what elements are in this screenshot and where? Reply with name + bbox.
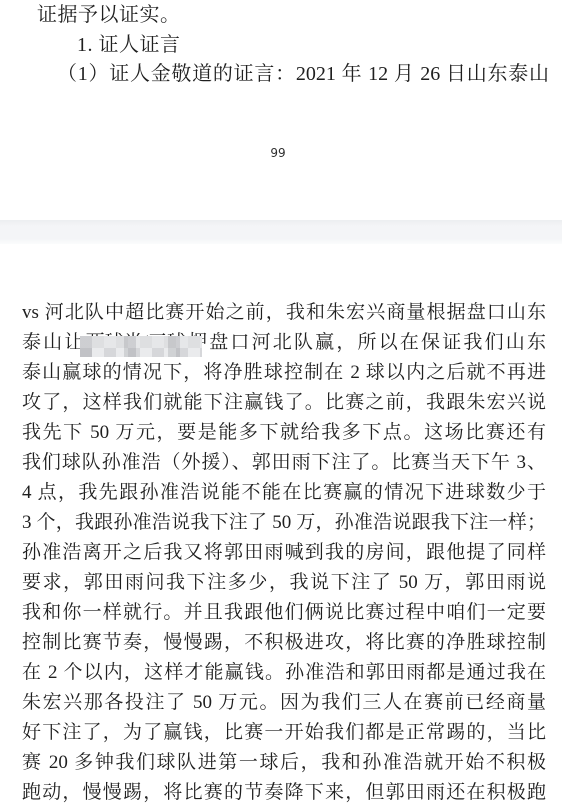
- page-separator: [0, 220, 562, 244]
- body-text-line: 我们球队孙准浩（外援）、郭田雨下注了。比赛当天下午 3、: [22, 448, 546, 478]
- body-text-line: 我和你一样就行。并且我跟他们俩说比赛过程中咱们一定要: [22, 598, 546, 628]
- body-text-line: 3 个，我跟孙准浩说我下注了 50 万，孙准浩说跟我下注一样；: [22, 508, 546, 538]
- body-text-line: 要求，郭田雨问我下注多少，我说下注了 50 万，郭田雨说: [22, 568, 546, 598]
- body-text-line: 孙准浩离开之后我又将郭田雨喊到我的房间，跟他提了同样: [22, 538, 546, 568]
- redacted-segment: 两球半/三球: [86, 328, 186, 358]
- body-text-line: 4 点，我先跟孙准浩说能不能在比赛赢的情况下进球数少于: [22, 478, 546, 508]
- body-text-line-redacted: 泰山让两球半/三球押盘口河北队赢，所以在保证我们山东: [22, 328, 546, 358]
- redacted-line-prefix: 泰山让: [22, 332, 86, 353]
- body-text-line: 在 2 个以内，这样才能赢钱。孙准浩和郭田雨都是通过我在: [22, 658, 546, 688]
- body-text-line: 好下注了，为了赢钱，比赛一开始我们都是正常踢的，当比: [22, 718, 546, 748]
- document-scan-view: 证据予以证实。 1. 证人证言 （1）证人金敬道的证言：2021 年 12 月 …: [0, 0, 562, 805]
- redaction-mosaic: [80, 336, 202, 357]
- redacted-line-suffix: 押盘口河北队赢，所以在保证我们山东: [186, 332, 546, 353]
- body-text-line: 泰山赢球的情况下，将净胜球控制在 2 球以内之后就不再进: [22, 358, 546, 388]
- body-text-line: 朱宏兴那各投注了 50 万元。因为我们三人在赛前已经商量: [22, 688, 546, 718]
- section-item-witness-testimony: 1. 证人证言: [77, 30, 181, 60]
- body-text-line: 赛 20 多钟我们球队进第一球后，我和孙准浩就开始不积极: [22, 748, 546, 778]
- body-text-line: 我先下 50 万元，要是能多下就给我多下点。这场比赛还有: [22, 418, 546, 448]
- body-text-line: 控制比赛节奏，慢慢踢，不积极进攻，将比赛的净胜球控制: [22, 628, 546, 658]
- prev-page-closing-line: 证据予以证实。: [37, 0, 181, 30]
- body-text-line: vs 河北队中超比赛开始之前，我和朱宏兴商量根据盘口山东: [22, 298, 546, 328]
- body-text-line: 攻了，这样我们就能下注赢钱了。比赛之前，我跟朱宏兴说: [22, 388, 546, 418]
- testimony-heading-line: （1）证人金敬道的证言：2021 年 12 月 26 日山东泰山: [57, 59, 549, 89]
- body-text-line: 跑动，慢慢踢，将比赛的节奏降下来，但郭田雨还在积极跑: [22, 778, 546, 805]
- page-number: 99: [0, 146, 556, 160]
